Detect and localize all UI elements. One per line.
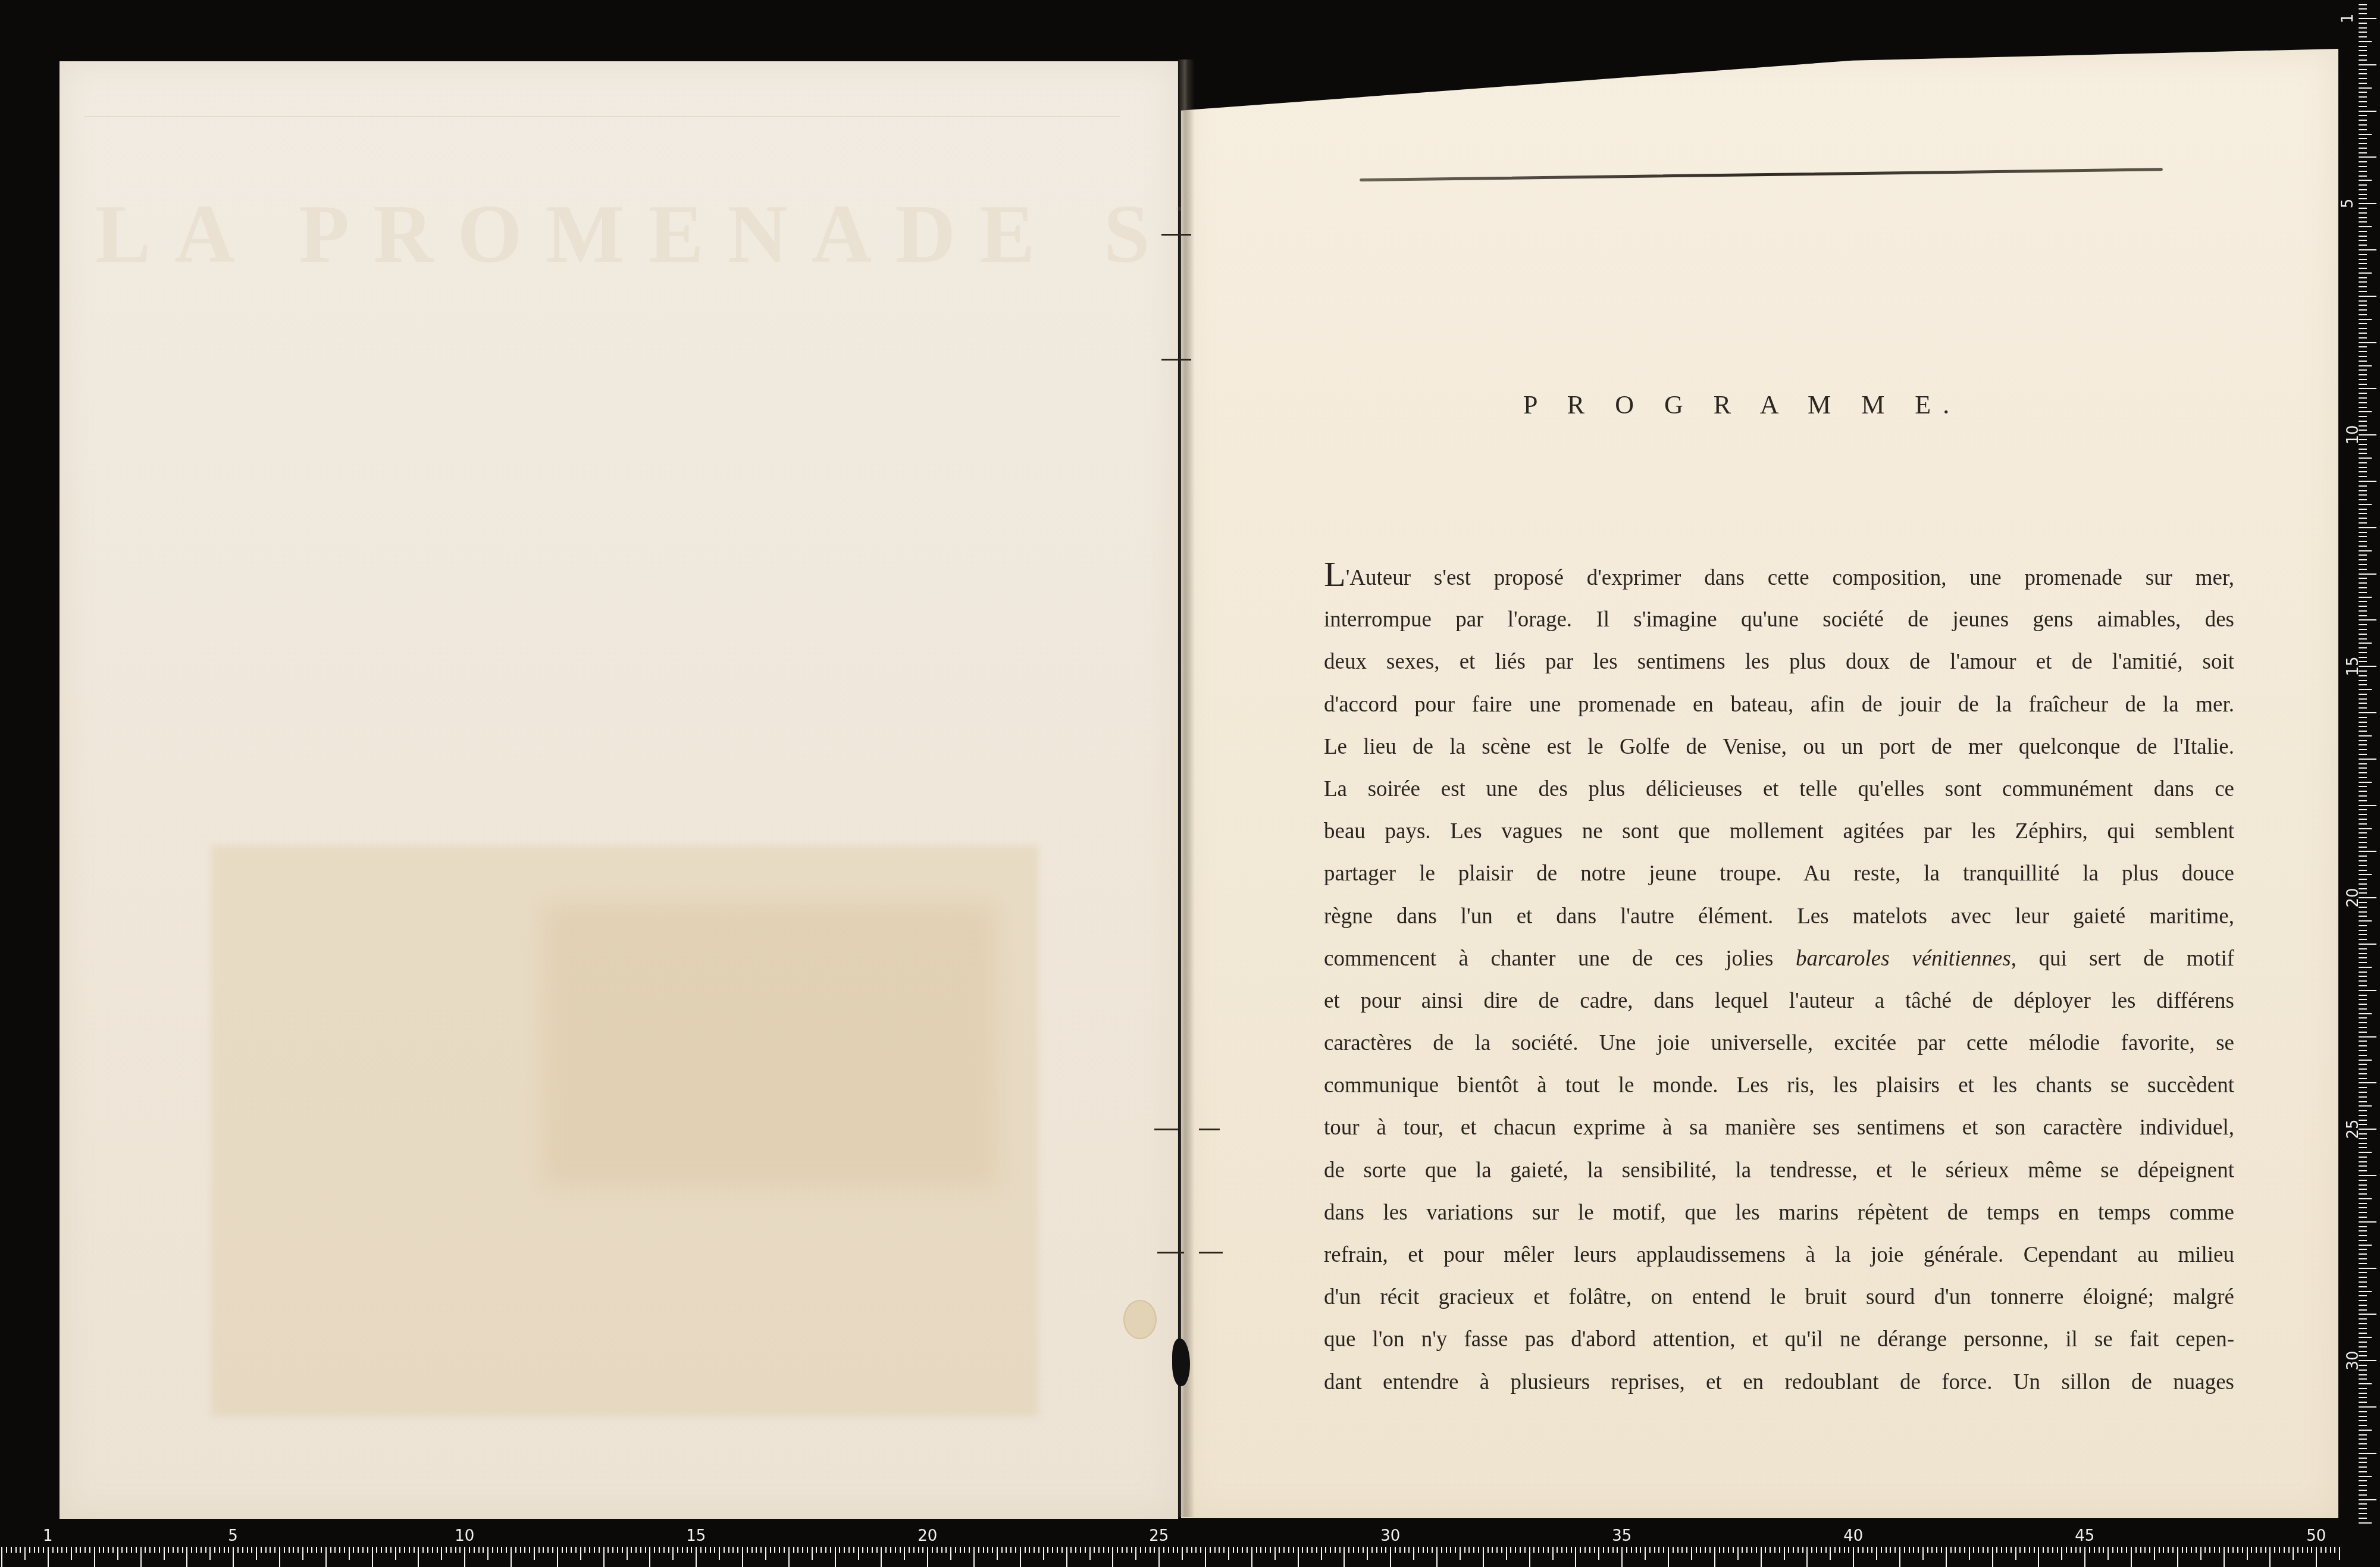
ruler-tick — [1256, 1547, 1257, 1553]
ruler-tick — [1363, 1547, 1364, 1553]
ruler-tick — [1177, 1547, 1178, 1553]
ruler-tick — [1853, 1547, 1854, 1567]
ruler-tick — [617, 1547, 618, 1553]
ruler-tick — [2237, 1547, 2238, 1553]
ruler-tick — [779, 1547, 780, 1553]
ruler-tick — [2359, 976, 2367, 977]
ruler-tick — [1455, 1547, 1456, 1553]
ruler-tick — [2359, 180, 2372, 181]
ruler-tick — [1964, 1547, 1965, 1553]
ruler-tick — [61, 1547, 62, 1553]
ruler-tick — [224, 1547, 225, 1553]
ruler-tick — [66, 1547, 67, 1553]
ruler-tick — [2359, 592, 2367, 593]
ruler-tick — [2359, 156, 2376, 158]
ruler-tick — [2057, 1547, 2058, 1553]
ruler-tick — [1890, 1547, 1891, 1553]
ruler-tick — [2359, 78, 2367, 79]
ruler-tick — [182, 1547, 183, 1553]
ruler-tick — [2359, 1295, 2367, 1296]
ruler-tick — [511, 1547, 512, 1567]
ruler-tick — [2359, 41, 2372, 42]
ruler-tick — [1080, 1547, 1081, 1553]
ruler-tick — [2084, 1547, 2085, 1567]
ruler-tick — [2359, 194, 2367, 195]
ruler-tick — [2359, 476, 2367, 477]
binding-stitch — [1199, 1252, 1223, 1253]
ruler-tick — [1468, 1547, 1470, 1553]
text-line: commencent à chanter une de ces jolies b… — [1324, 938, 2234, 980]
ruler-tick — [955, 1547, 956, 1553]
ruler-tick — [2359, 934, 2367, 935]
ruler-tick — [289, 1547, 290, 1553]
ruler-tick — [103, 1547, 104, 1553]
ruler-tick — [353, 1547, 354, 1553]
ruler-tick — [1946, 1547, 1947, 1567]
text-line: communique bientôt à tout le monde. Les … — [1324, 1064, 2234, 1107]
ruler-tick — [2359, 731, 2367, 732]
ruler-tick — [793, 1547, 794, 1553]
ruler-tick — [2359, 361, 2367, 362]
ruler-tick — [464, 1547, 465, 1567]
ruler-tick — [2168, 1547, 2169, 1553]
ruler-tick — [2359, 707, 2367, 709]
ruler-tick — [2359, 814, 2367, 815]
ruler-tick — [2359, 32, 2367, 33]
ruler-tick — [219, 1547, 220, 1553]
ruler-tick — [209, 1547, 211, 1560]
ruler-tick — [474, 1547, 475, 1553]
ruler-tick — [2359, 953, 2367, 954]
ruler-tick — [2359, 629, 2367, 630]
ruler-tick — [2359, 175, 2367, 177]
ruler-tick — [1131, 1547, 1132, 1553]
ruler-tick — [1371, 1547, 1373, 1553]
ruler-tick — [2359, 92, 2367, 93]
ruler-tick — [853, 1547, 854, 1553]
text-line: dant entendre à plusieurs reprises, et e… — [1324, 1361, 2234, 1403]
ruler-tick — [1214, 1547, 1216, 1553]
ruler-tick — [2359, 111, 2376, 112]
ruler-tick — [1103, 1547, 1104, 1553]
ruler-tick — [2359, 680, 2367, 681]
ruler-tick — [2359, 365, 2372, 366]
ruler-tick — [2228, 1547, 2229, 1553]
ruler-tick — [2359, 874, 2372, 875]
ruler-tick — [2359, 1411, 2367, 1412]
ruler-tick — [2359, 860, 2367, 861]
ruler-tick — [2284, 1547, 2285, 1553]
ruler-tick — [2359, 369, 2367, 371]
ruler-tick — [2359, 416, 2367, 417]
ruler-tick — [2359, 152, 2367, 153]
ruler-tick — [2359, 513, 2367, 514]
ruler-tick — [922, 1547, 923, 1553]
ruler-tick — [2359, 1017, 2367, 1018]
ruler-tick — [2359, 208, 2367, 209]
ruler-label: 5 — [2339, 199, 2357, 209]
ruler-tick — [1237, 1547, 1238, 1553]
ruler-tick — [2359, 855, 2367, 857]
ruler-tick — [145, 1547, 146, 1553]
ruler-tick — [2359, 1416, 2367, 1417]
ruler-tick — [2196, 1547, 2197, 1553]
ruler-tick — [2359, 948, 2367, 949]
ruler-tick — [1140, 1547, 1141, 1553]
ruler-tick — [1358, 1547, 1359, 1553]
ruler-tick — [501, 1547, 502, 1553]
ruler-tick — [719, 1547, 720, 1560]
ruler-tick — [2359, 286, 2367, 287]
ruler-tick — [1645, 1547, 1646, 1560]
ruler-tick — [1746, 1547, 1748, 1553]
ruler-tick — [1446, 1547, 1447, 1553]
ruler-tick — [121, 1547, 123, 1553]
ruler-tick — [2359, 481, 2376, 482]
ruler-tick — [1612, 1547, 1614, 1553]
ruler-tick — [2359, 198, 2367, 199]
ruler-tick — [895, 1547, 896, 1553]
ruler-tick — [1858, 1547, 1859, 1553]
ruler-tick — [2359, 351, 2367, 352]
ruler-tick — [1871, 1547, 1872, 1553]
ruler-tick — [983, 1547, 984, 1553]
ruler-tick — [2359, 277, 2367, 278]
ruler-tick — [2359, 296, 2376, 297]
ruler-tick — [2359, 1165, 2367, 1167]
ruler-tick — [34, 1547, 35, 1553]
ruler-tick — [1904, 1547, 1905, 1553]
ruler-tick — [99, 1547, 100, 1553]
ruler-tick — [835, 1547, 836, 1567]
ruler-tick — [2359, 791, 2367, 792]
ruler-tick — [2359, 925, 2367, 926]
ruler-tick — [728, 1547, 729, 1553]
ruler-tick — [941, 1547, 942, 1553]
ruler-label: 35 — [1612, 1527, 1631, 1545]
ruler-tick — [1283, 1547, 1285, 1553]
ruler-tick — [2359, 712, 2376, 713]
ruler-tick — [2359, 1305, 2367, 1306]
ruler-tick — [2359, 27, 2367, 29]
ruler-tick — [2359, 1388, 2367, 1389]
text-line: dans les variations sur le motif, que le… — [1324, 1192, 2234, 1234]
ruler-tick — [437, 1547, 438, 1553]
ruler-tick — [57, 1547, 58, 1553]
ruler-tick — [1529, 1547, 1530, 1567]
ruler-tick — [1186, 1547, 1188, 1553]
text-line: interrompue par l'orage. Il s'imagine qu… — [1324, 598, 2234, 641]
ruler-tick — [1335, 1547, 1336, 1553]
ruler-tick — [2359, 740, 2367, 741]
ruler-tick — [1756, 1547, 1757, 1553]
ruler-tick — [2359, 1277, 2367, 1278]
ruler-tick — [2182, 1547, 2183, 1553]
ruler-tick — [2359, 124, 2367, 126]
ruler-tick — [2359, 619, 2376, 620]
ruler-tick — [1983, 1547, 1984, 1553]
ruler-tick — [492, 1547, 493, 1553]
ruler-tick — [1913, 1547, 1914, 1553]
ruler-tick — [2359, 1494, 2367, 1496]
ruler-tick — [2316, 1547, 2317, 1567]
ruler-tick — [992, 1547, 993, 1553]
ruler-tick — [15, 1547, 17, 1553]
ruler-tick — [2359, 1323, 2367, 1324]
ruler-tick — [1057, 1547, 1058, 1553]
text-line: règne dans l'un et dans l'autre élément.… — [1324, 895, 2234, 938]
ruler-tick — [2359, 1022, 2367, 1023]
stain-ring — [1123, 1300, 1157, 1339]
ruler-tick — [2359, 527, 2376, 528]
ruler-tick — [2359, 819, 2367, 820]
ruler-tick — [2359, 379, 2367, 380]
ruler-tick — [2359, 1383, 2372, 1384]
ruler-tick — [2359, 624, 2367, 625]
ruler-tick — [2359, 647, 2367, 648]
ruler-tick — [2359, 1068, 2367, 1070]
ruler-tick — [987, 1547, 988, 1553]
ruler-tick — [2359, 221, 2367, 222]
ruler-tick — [2359, 1203, 2367, 1204]
page-heading: P R O G R A M M E. — [1523, 390, 1880, 420]
ruler-tick — [732, 1547, 734, 1553]
ruler-tick — [890, 1547, 891, 1553]
ruler-tick — [84, 1547, 86, 1553]
ruler-tick — [696, 1547, 697, 1567]
ruler-tick — [2066, 1547, 2067, 1553]
ruler-tick — [1886, 1547, 1887, 1553]
ruler-tick — [302, 1547, 303, 1560]
ruler-tick — [1978, 1547, 1979, 1553]
ruler-tick — [1168, 1547, 1169, 1553]
ruler-tick — [1909, 1547, 1910, 1553]
ruler-tick — [2359, 920, 2372, 922]
text-line: beau pays. Les vagues ne sont que mollem… — [1324, 810, 2234, 853]
ruler-tick — [1219, 1547, 1220, 1553]
ruler-tick — [821, 1547, 822, 1553]
ruler-tick — [279, 1547, 280, 1567]
programme-paragraph: L'Auteur s'est proposé d'exprimer dans c… — [1324, 556, 2234, 1403]
ruler-tick — [2359, 120, 2367, 121]
ruler-tick — [1441, 1547, 1442, 1553]
ruler-tick — [2359, 490, 2367, 491]
ruler-label: 30 — [1380, 1527, 1400, 1545]
ruler-tick — [2359, 842, 2367, 843]
ruler-tick — [2359, 1082, 2376, 1083]
ruler-tick — [2359, 134, 2372, 135]
ruler-tick — [1311, 1547, 1313, 1553]
ruler-tick — [11, 1547, 12, 1553]
ruler-tick — [2359, 744, 2367, 745]
ruler-tick — [825, 1547, 826, 1553]
ruler-tick — [2359, 971, 2367, 973]
ruler-tick — [973, 1547, 975, 1567]
ruler-tick — [168, 1547, 169, 1553]
ruler-tick — [2359, 1522, 2372, 1524]
ruler-tick — [2359, 226, 2372, 227]
ruler-tick — [858, 1547, 859, 1560]
ruler-tick — [2209, 1547, 2210, 1553]
ruler-tick — [2297, 1547, 2298, 1553]
ruler-tick — [557, 1547, 558, 1567]
ruler-tick — [1390, 1547, 1391, 1567]
ruler-tick — [2359, 87, 2372, 89]
ruler-tick — [2359, 1438, 2367, 1440]
ruler-tick — [2359, 388, 2376, 389]
ruler-tick — [1460, 1547, 1461, 1560]
ruler-tick — [2214, 1547, 2215, 1553]
ruler-tick — [2325, 1547, 2326, 1553]
ruler-tick — [1640, 1547, 1641, 1553]
ruler-tick — [2131, 1547, 2132, 1567]
ruler-tick — [1052, 1547, 1053, 1553]
ruler-tick — [1029, 1547, 1030, 1553]
ruler-tick — [112, 1547, 114, 1553]
ruler-tick — [2359, 1143, 2367, 1144]
ruler-tick — [830, 1547, 831, 1553]
ruler-tick — [1992, 1547, 1993, 1567]
ruler-tick — [2359, 462, 2367, 463]
ruler-tick — [2359, 499, 2367, 500]
ruler-tick — [1867, 1547, 1868, 1553]
ruler-tick — [1191, 1547, 1192, 1553]
ruler-tick — [2359, 18, 2376, 19]
ruler-label: 15 — [2344, 657, 2362, 676]
ruler-tick — [1478, 1547, 1479, 1553]
ruler-tick — [1223, 1547, 1225, 1553]
ruler-tick — [1733, 1547, 1734, 1553]
ruler-tick — [2359, 1286, 2367, 1287]
ruler-tick — [1413, 1547, 1414, 1560]
ruler-tick — [2043, 1547, 2044, 1553]
ruler-tick — [1719, 1547, 1720, 1553]
ruler-tick — [1520, 1547, 1521, 1553]
ruler-tick — [2359, 384, 2367, 385]
ruler-tick — [515, 1547, 516, 1553]
ruler-tick — [177, 1547, 178, 1553]
ruler-tick — [927, 1547, 928, 1567]
ruler-tick — [2359, 532, 2367, 533]
ruler-tick — [2112, 1547, 2113, 1553]
ruler-tick — [1524, 1547, 1526, 1553]
ruler-tick — [1802, 1547, 1803, 1553]
ruler-tick — [547, 1547, 549, 1553]
ruler-tick — [2359, 1170, 2367, 1171]
ruler-tick — [812, 1547, 813, 1560]
ruler-tick — [2359, 962, 2367, 963]
ruler-tick — [1784, 1547, 1785, 1560]
ruler-tick — [682, 1547, 683, 1553]
ruler-tick — [1085, 1547, 1086, 1553]
ruler-tick — [2359, 1393, 2367, 1394]
ruler-tick — [1709, 1547, 1711, 1553]
ruler-tick — [635, 1547, 637, 1553]
ruler-tick — [2359, 1268, 2376, 1269]
ruler-tick — [1955, 1547, 1956, 1553]
ruler-tick — [1066, 1547, 1067, 1567]
ruler-tick — [2359, 689, 2372, 690]
text-line: L'Auteur s'est proposé d'exprimer dans c… — [1324, 556, 2234, 598]
ruler-tick — [1950, 1547, 1952, 1553]
ruler-tick — [1636, 1547, 1637, 1553]
ruler-tick — [214, 1547, 215, 1553]
ruler-tick — [2359, 1249, 2367, 1250]
ruler-tick — [1385, 1547, 1386, 1553]
ruler-tick — [2359, 569, 2367, 570]
ruler-tick — [751, 1547, 753, 1553]
ruler-tick — [2359, 212, 2367, 214]
ruler-tick — [2359, 245, 2367, 246]
ruler-tick — [1158, 1547, 1160, 1567]
ruler-tick — [2359, 1004, 2367, 1005]
ruler-tick — [1705, 1547, 1706, 1553]
ruler-tick — [297, 1547, 299, 1553]
ruler-tick — [2359, 1161, 2367, 1162]
text-line: d'accord pour faire une promenade en bat… — [1324, 684, 2234, 726]
ruler-tick — [149, 1547, 151, 1553]
ruler-tick — [2232, 1547, 2234, 1553]
ruler-tick — [2359, 1318, 2367, 1320]
binding-stitch — [1199, 1129, 1220, 1130]
ruler-tick — [1969, 1547, 1970, 1560]
ruler-tick — [1603, 1547, 1604, 1553]
ruler-tick — [1673, 1547, 1674, 1553]
ruler-tick — [247, 1547, 248, 1553]
ruler-tick — [2359, 402, 2367, 403]
ruler-tick — [2107, 1547, 2109, 1560]
ruler-tick — [2359, 1485, 2367, 1486]
text-line: tour à tour, et chacun exprime à sa mani… — [1324, 1107, 2234, 1149]
text-line: d'un récit gracieux et folâtre, on enten… — [1324, 1276, 2234, 1318]
ruler-tick — [2359, 1272, 2367, 1273]
ruler-tick — [1737, 1547, 1739, 1560]
ruler-tick — [700, 1547, 702, 1553]
ruler-tick — [747, 1547, 748, 1553]
ruler-tick — [2001, 1547, 2002, 1553]
ruler-tick — [422, 1547, 424, 1553]
ruler-tick — [2359, 1226, 2367, 1227]
ruler-tick — [2359, 851, 2376, 852]
ruler-tick — [2247, 1547, 2248, 1560]
ruler-tick — [2359, 1105, 2372, 1107]
ruler-label: 30 — [2344, 1351, 2362, 1371]
ruler-tick — [742, 1547, 743, 1567]
ruler-tick — [770, 1547, 771, 1553]
ruler-tick — [2359, 421, 2367, 422]
ruler-tick — [136, 1547, 137, 1553]
ruler-tick — [2359, 148, 2367, 149]
ruler-tick — [2359, 291, 2367, 292]
ruler-tick — [2359, 1258, 2367, 1259]
ruler-tick — [1876, 1547, 1877, 1560]
ruler-tick — [575, 1547, 577, 1553]
ruler-tick — [2359, 333, 2367, 334]
ruler-tick — [2359, 1480, 2367, 1481]
ruler-tick — [599, 1547, 600, 1553]
ruler-tick — [2260, 1547, 2262, 1553]
ruler-tick — [2359, 1101, 2367, 1102]
ruler-tick — [2359, 1253, 2367, 1255]
ruler-tick — [173, 1547, 174, 1553]
ruler-tick — [691, 1547, 692, 1553]
ruler-tick — [2359, 684, 2367, 685]
ruler-tick — [186, 1547, 187, 1567]
ruler-tick — [2311, 1547, 2312, 1553]
ruler-tick — [2359, 129, 2367, 130]
ruler-tick — [2359, 1064, 2367, 1065]
ruler-tick — [881, 1547, 882, 1567]
